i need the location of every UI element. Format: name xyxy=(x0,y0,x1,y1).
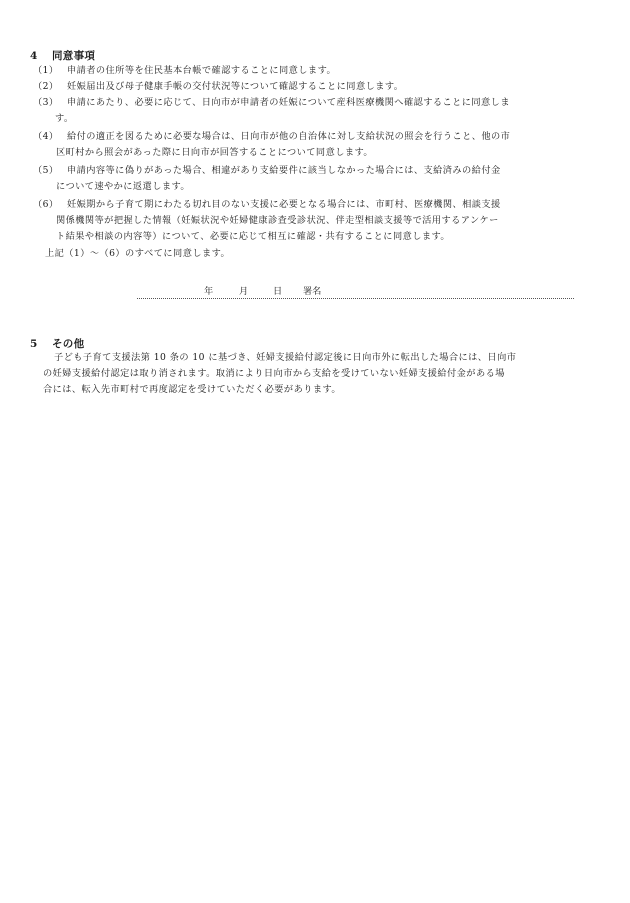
signature-line[interactable] xyxy=(137,298,574,299)
consent-item-6: （6）妊娠期から子育て期にわたる切れ目のない支援に必要となる場合には、市町村、医… xyxy=(33,199,501,211)
item-text: 妊娠期から子育て期にわたる切れ目のない支援に必要となる場合には、市町村、医療機関… xyxy=(67,199,501,210)
consent-summary: 上記（1）～（6）のすべてに同意します。 xyxy=(45,248,230,260)
item-text: 区町村から照会があった際に日向市が回答することについて同意します。 xyxy=(56,147,373,158)
month-label: 月 xyxy=(239,283,248,297)
section-4-title: 同意事項 xyxy=(52,50,95,62)
consent-item-5-cont: について速やかに返還します。 xyxy=(56,181,190,193)
item-label: （4） xyxy=(33,131,67,143)
document-page: 4同意事項 （1）申請者の住所等を住民基本台帳で確認することに同意します。 （2… xyxy=(0,0,630,903)
section-4-heading: 4同意事項 xyxy=(30,48,95,63)
item-text: 申請者の住所等を住民基本台帳で確認することに同意します。 xyxy=(67,65,336,76)
item-label: （5） xyxy=(33,165,67,177)
item-text: す。 xyxy=(55,113,74,124)
consent-item-4-cont: 区町村から照会があった際に日向市が回答することについて同意します。 xyxy=(56,147,373,159)
section-5-number: 5 xyxy=(30,338,52,350)
other-paragraph-line-2: の妊婦支援給付認定は取り消されます。取消により日向市から支給を受けていない妊婦支… xyxy=(43,368,505,380)
consent-item-3: （3）申請にあたり、必要に応じて、日向市が申請者の妊娠について産科医療機関へ確認… xyxy=(33,97,510,109)
paragraph-text: 子ども子育て支援法第 10 条の 10 に基づき、妊婦支援給付認定後に日向市外に… xyxy=(54,352,516,363)
item-label: （2） xyxy=(33,81,67,93)
item-label: （3） xyxy=(33,97,67,109)
other-paragraph-line-1: 子ども子育て支援法第 10 条の 10 に基づき、妊婦支援給付認定後に日向市外に… xyxy=(54,352,516,364)
consent-item-1: （1）申請者の住所等を住民基本台帳で確認することに同意します。 xyxy=(33,65,336,77)
paragraph-text: 合には、転入先市町村で再度認定を受けていただく必要があります。 xyxy=(43,384,341,395)
section-5-title: その他 xyxy=(52,338,84,350)
item-text: について速やかに返還します。 xyxy=(56,181,190,192)
item-label: （1） xyxy=(33,65,67,77)
item-text: 申請内容等に偽りがあった場合、相違があり支給要件に該当しなかった場合には、支給済… xyxy=(67,165,501,176)
consent-item-3-cont: す。 xyxy=(55,113,74,125)
year-label: 年 xyxy=(204,283,213,297)
item-text: 給付の適正を図るために必要な場合は、日向市が他の自治体に対し支給状況の照会を行う… xyxy=(67,131,510,142)
signature-row: 年 月 日 署名 xyxy=(0,283,630,297)
consent-item-2: （2）妊娠届出及び母子健康手帳の交付状況等について確認することに同意します。 xyxy=(33,81,403,93)
consent-item-6-cont-1: 関係機関等が把握した情報（妊娠状況や妊婦健康診査受診状況、伴走型相談支援等で活用… xyxy=(56,215,499,227)
day-label: 日 xyxy=(273,283,282,297)
other-paragraph-line-3: 合には、転入先市町村で再度認定を受けていただく必要があります。 xyxy=(43,384,341,396)
item-text: ト結果や相談の内容等）について、必要に応じて相互に確認・共有することに同意します… xyxy=(56,231,450,242)
consent-item-5: （5）申請内容等に偽りがあった場合、相違があり支給要件に該当しなかった場合には、… xyxy=(33,165,501,177)
paragraph-text: の妊婦支援給付認定は取り消されます。取消により日向市から支給を受けていない妊婦支… xyxy=(43,368,505,379)
item-text: 妊娠届出及び母子健康手帳の交付状況等について確認することに同意します。 xyxy=(67,81,403,92)
item-label: （6） xyxy=(33,199,67,211)
signature-label: 署名 xyxy=(303,283,321,297)
consent-item-4: （4）給付の適正を図るために必要な場合は、日向市が他の自治体に対し支給状況の照会… xyxy=(33,131,510,143)
summary-text: 上記（1）～（6）のすべてに同意します。 xyxy=(45,248,230,259)
section-5-heading: 5その他 xyxy=(30,336,84,351)
item-text: 関係機関等が把握した情報（妊娠状況や妊婦健康診査受診状況、伴走型相談支援等で活用… xyxy=(56,215,499,226)
section-4-number: 4 xyxy=(30,50,52,62)
item-text: 申請にあたり、必要に応じて、日向市が申請者の妊娠について産科医療機関へ確認するこ… xyxy=(67,97,510,108)
consent-item-6-cont-2: ト結果や相談の内容等）について、必要に応じて相互に確認・共有することに同意します… xyxy=(56,231,450,243)
